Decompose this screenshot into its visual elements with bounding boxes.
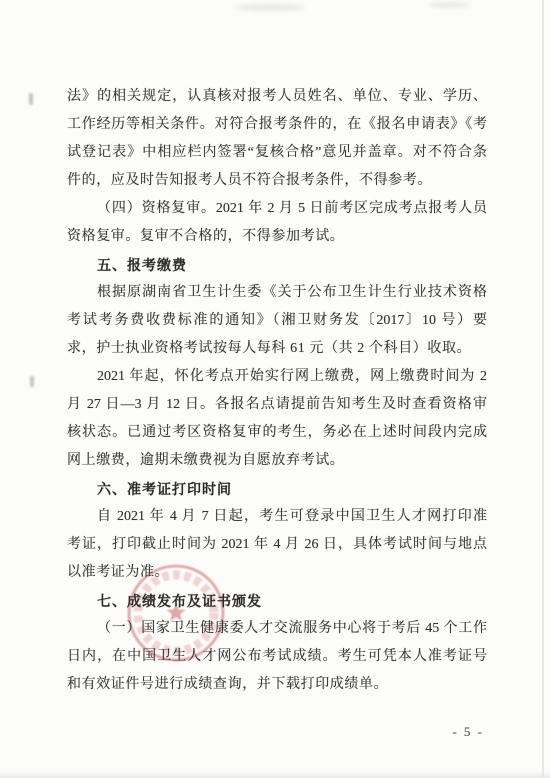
scan-speck bbox=[30, 376, 34, 387]
body-text-line: 件的，应及时告知报考人员不符合报考条件，不得参考。 bbox=[67, 167, 487, 195]
section-heading: 五、报考缴费 bbox=[67, 251, 487, 279]
body-text-line: 考试考务费收费标准的通知》（湘卫财务发〔2017〕10 号）要 bbox=[67, 307, 487, 335]
body-text-line: 自 2021 年 4 月 7 日起，考生可登录中国卫生人才网打印准 bbox=[67, 503, 487, 531]
body-text-line: （一）国家卫生健康委人才交流服务中心将于考后 45 个工作 bbox=[67, 615, 487, 643]
scan-speck bbox=[29, 93, 33, 105]
scanned-document-page: 法》的相关规定，认真核对报考人员姓名、单位、专业、学历、工作经历等相关条件。对符… bbox=[0, 0, 550, 778]
section-heading: 七、成绩发布及证书颁发 bbox=[67, 587, 487, 615]
page-edge-line bbox=[542, 0, 544, 778]
body-text-line: 日内，在中国卫生人才网公布考试成绩。考生可凭本人准考证号 bbox=[67, 643, 487, 671]
body-text-line: 2021 年起，怀化考点开始实行网上缴费，网上缴费时间为 2 bbox=[67, 363, 487, 391]
scan-smudge bbox=[428, 2, 470, 8]
body-text-line: 试登记表》中相应栏内签署“复核合格”意见并盖章。对不符合条 bbox=[67, 139, 487, 167]
scan-edge-shadow bbox=[0, 771, 550, 778]
body-text-line: 核状态。已通过考区资格复审的考生，务必在上述时间段内完成 bbox=[67, 419, 487, 447]
body-text-line: （四）资格复审。2021 年 2 月 5 日前考区完成考点报考人员 bbox=[67, 195, 487, 223]
body-text-line: 求，护士执业资格考试按每人每科 61 元（共 2 个科目）收取。 bbox=[67, 335, 487, 363]
section-heading: 六、准考证打印时间 bbox=[67, 475, 487, 503]
body-text-line: 根据原湖南省卫生计生委《关于公布卫生计生行业技术资格 bbox=[67, 279, 487, 307]
page-number: - 5 - bbox=[452, 724, 484, 740]
body-text-line: 和有效证件号进行成绩查询，并下载打印成绩单。 bbox=[67, 671, 487, 699]
body-text-line: 以准考证为准。 bbox=[67, 559, 487, 587]
body-text-line: 工作经历等相关条件。对符合报考条件的，在《报名申请表》《考 bbox=[67, 111, 487, 139]
body-text-line: 月 27 日—3 月 12 日。各报名点请提前告知考生及时查看资格审 bbox=[67, 391, 487, 419]
body-text-line: 法》的相关规定，认真核对报考人员姓名、单位、专业、学历、 bbox=[67, 83, 487, 111]
scan-smudge bbox=[235, 4, 305, 11]
document-text: 法》的相关规定，认真核对报考人员姓名、单位、专业、学历、工作经历等相关条件。对符… bbox=[67, 83, 487, 699]
body-text-line: 考证，打印截止时间为 2021 年 4 月 26 日，具体考试时间与地点 bbox=[67, 531, 487, 559]
body-text-line: 资格复审。复审不合格的，不得参加考试。 bbox=[67, 223, 487, 251]
body-text-line: 网上缴费，逾期未缴费视为自愿放弃考试。 bbox=[67, 447, 487, 475]
